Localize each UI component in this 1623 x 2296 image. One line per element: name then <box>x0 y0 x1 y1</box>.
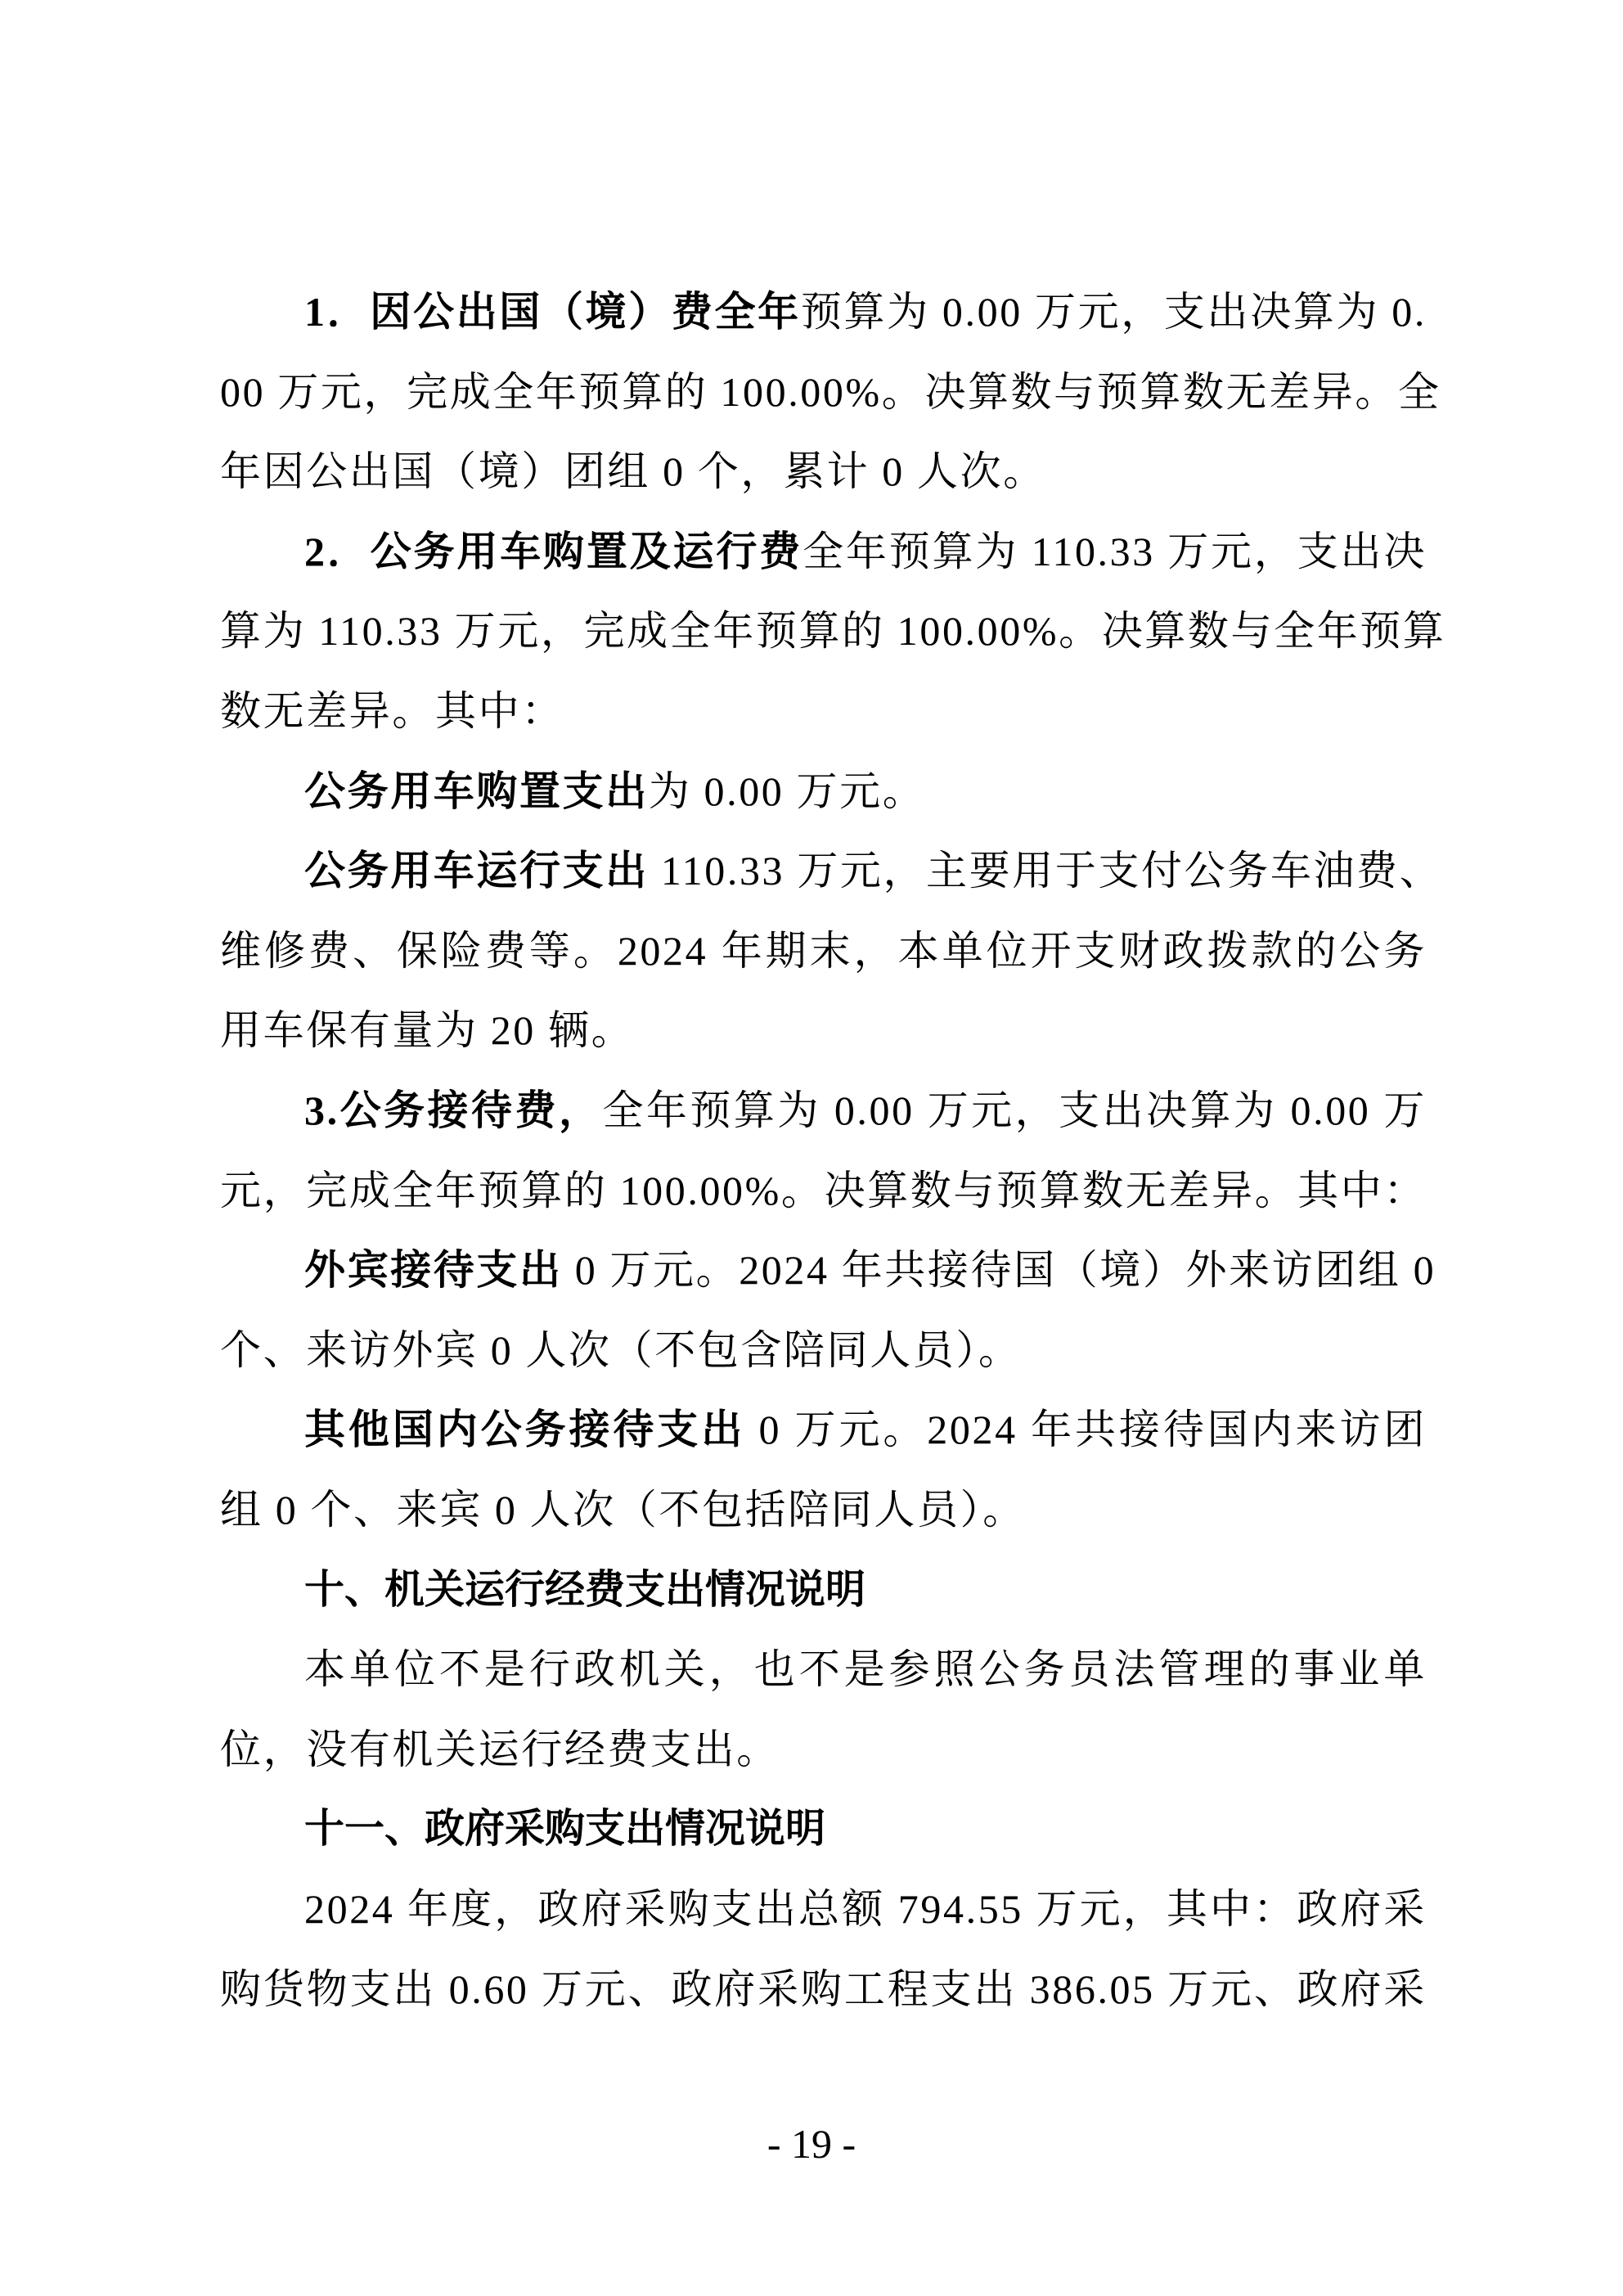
bold-text-run: 公务用车运行支出 <box>304 848 649 894</box>
text-run: 位，没有机关运行经费支出。 <box>220 1727 780 1772</box>
text-run: 110.33 万元，主要用于支付公务车油费、 <box>649 848 1442 894</box>
text-line: 元，完成全年预算的 100.00%。决算数与预算数无差异。其中： <box>220 1150 1427 1231</box>
text-line: 年因公出国（境）团组 0 个，累计 0 人次。 <box>220 431 1427 511</box>
bold-text-run: 3.公务接待费， <box>304 1087 602 1133</box>
text-run: 全年预算为 110.33 万元，支出决 <box>803 529 1427 574</box>
text-line: 维修费、保险费等。2024 年期末，本单位开支财政拨款的公务 <box>220 911 1427 991</box>
text-run: 预算为 0.00 万元，支出决算为 0. <box>801 289 1427 335</box>
page-number: - 19 - <box>0 2119 1623 2168</box>
text-run: 算为 110.33 万元，完成全年预算的 100.00%。决算数与全年预算 <box>220 608 1446 654</box>
text-line: 3.公务接待费，全年预算为 0.00 万元，支出决算为 0.00 万 <box>304 1070 1427 1150</box>
text-run: 全年预算为 0.00 万元，支出决算为 0.00 万 <box>602 1087 1427 1133</box>
text-run: 购货物支出 0.60 万元、政府采购工程支出 386.05 万元、政府采 <box>220 1966 1427 2012</box>
text-line: 个、来访外宾 0 人次（不包含陪同人员）。 <box>220 1310 1427 1390</box>
text-run: 本单位不是行政机关，也不是参照公务员法管理的事业单 <box>304 1646 1427 1692</box>
text-run: 用车保有量为 20 辆。 <box>220 1007 634 1053</box>
text-line: 公务用车购置支出为 0.00 万元。 <box>304 751 1427 831</box>
text-run: 组 0 个、来宾 0 人次（不包括陪同人员）。 <box>220 1487 1026 1533</box>
text-line: 算为 110.33 万元，完成全年预算的 100.00%。决算数与全年预算 <box>220 591 1427 671</box>
text-run: 0 万元。2024 年共接待国内来访团 <box>745 1407 1427 1452</box>
bold-text-run: 2．公务用车购置及运行费 <box>304 529 803 574</box>
text-run: 年因公出国（境）团组 0 个，累计 0 人次。 <box>220 448 1046 494</box>
text-line: 数无差异。其中： <box>220 671 1427 751</box>
text-line: 公务用车运行支出 110.33 万元，主要用于支付公务车油费、 <box>304 831 1427 911</box>
bold-text-run: 其他国内公务接待支出 <box>304 1407 745 1452</box>
text-line: 00 万元，完成全年预算的 100.00%。决算数与预算数无差异。全 <box>220 352 1427 432</box>
text-line: 组 0 个、来宾 0 人次（不包括陪同人员）。 <box>220 1470 1427 1550</box>
text-line: 本单位不是行政机关，也不是参照公务员法管理的事业单 <box>304 1629 1427 1709</box>
text-line: 2．公务用车购置及运行费全年预算为 110.33 万元，支出决 <box>304 511 1427 592</box>
bold-text-run: 公务用车购置支出 <box>304 768 649 814</box>
document-page: 1．因公出国（境）费全年预算为 0.00 万元，支出决算为 0.00 万元，完成… <box>0 0 1623 2296</box>
text-line: 用车保有量为 20 辆。 <box>220 990 1427 1070</box>
text-line: 其他国内公务接待支出 0 万元。2024 年共接待国内来访团 <box>304 1389 1427 1470</box>
text-line: 位，没有机关运行经费支出。 <box>220 1709 1427 1790</box>
bold-text-run: 十、机关运行经费支出情况说明 <box>304 1566 865 1613</box>
text-run: 00 万元，完成全年预算的 100.00%。决算数与预算数无差异。全 <box>220 369 1441 415</box>
bold-text-run: 外宾接待支出 <box>304 1247 563 1293</box>
text-run: 数无差异。其中： <box>220 688 564 734</box>
section-heading: 十、机关运行经费支出情况说明 <box>304 1550 1427 1630</box>
text-run: 为 0.00 万元。 <box>649 768 926 814</box>
text-line: 1．因公出国（境）费全年预算为 0.00 万元，支出决算为 0. <box>304 272 1427 352</box>
text-run: 元，完成全年预算的 100.00%。决算数与预算数无差异。其中： <box>220 1168 1427 1213</box>
text-line: 2024 年度，政府采购支出总额 794.55 万元，其中：政府采 <box>304 1869 1427 1949</box>
bold-text-run: 1．因公出国（境）费全年 <box>304 289 801 335</box>
text-line: 购货物支出 0.60 万元、政府采购工程支出 386.05 万元、政府采 <box>220 1949 1427 2029</box>
bold-text-run: 十一、政府采购支出情况说明 <box>304 1805 825 1852</box>
text-line: 外宾接待支出 0 万元。2024 年共接待国（境）外来访团组 0 <box>304 1230 1427 1310</box>
text-run: 维修费、保险费等。2024 年期末，本单位开支财政拨款的公务 <box>220 928 1427 974</box>
text-run: 2024 年度，政府采购支出总额 794.55 万元，其中：政府采 <box>304 1886 1427 1932</box>
section-heading: 十一、政府采购支出情况说明 <box>304 1789 1427 1869</box>
text-run: 个、来访外宾 0 人次（不包含陪同人员）。 <box>220 1327 1022 1373</box>
text-run: 0 万元。2024 年共接待国（境）外来访团组 0 <box>563 1247 1436 1293</box>
